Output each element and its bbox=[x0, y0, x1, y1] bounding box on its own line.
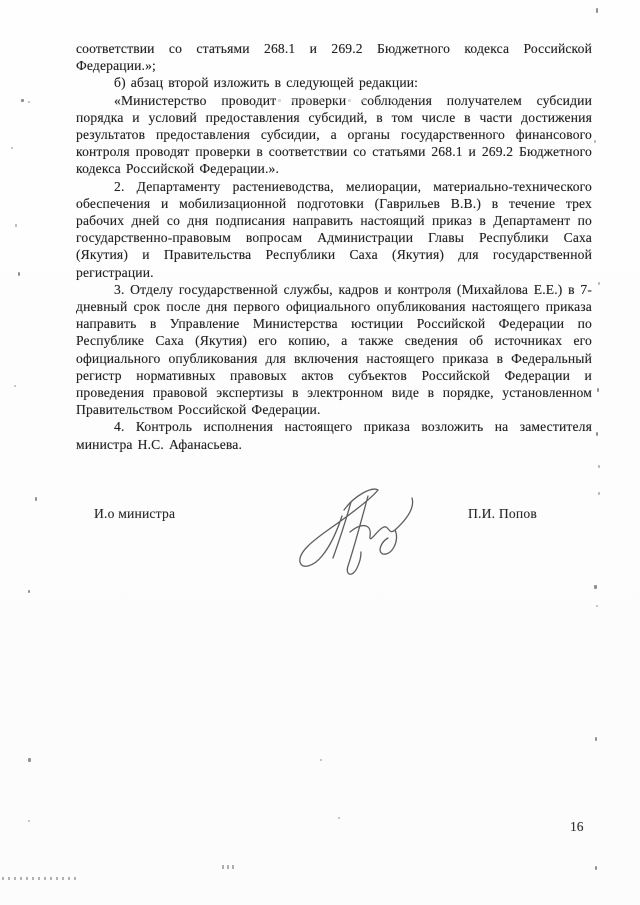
scan-speck bbox=[597, 388, 599, 392]
scanned-document-page: соответствии со статьями 268.1 и 269.2 Б… bbox=[0, 0, 640, 905]
scan-speck bbox=[596, 8, 598, 13]
scan-speck bbox=[18, 272, 20, 276]
scan-speck bbox=[595, 737, 597, 741]
scan-speck bbox=[28, 758, 31, 762]
scan-speck bbox=[15, 224, 17, 227]
scan-speck bbox=[28, 101, 30, 103]
scan-speck bbox=[35, 497, 37, 501]
paragraph: 2. Департаменту растениеводства, мелиора… bbox=[76, 178, 592, 281]
scan-artifact bbox=[2, 877, 80, 880]
scan-speck bbox=[338, 817, 340, 819]
scan-speck bbox=[598, 465, 600, 468]
paragraph: 4. Контроль исполнения настоящего приказ… bbox=[76, 418, 592, 452]
scan-speck bbox=[28, 820, 30, 822]
scan-speck bbox=[14, 385, 16, 387]
scan-speck bbox=[28, 590, 30, 593]
scan-speck bbox=[598, 282, 600, 285]
scan-speck bbox=[594, 140, 596, 143]
scan-speck bbox=[594, 585, 597, 589]
scan-speck bbox=[596, 605, 598, 607]
signer-role: И.о министра bbox=[94, 506, 175, 522]
scan-speck bbox=[595, 866, 597, 870]
scan-speck bbox=[21, 99, 24, 102]
signature-scribble bbox=[288, 470, 433, 585]
paragraph: 3. Отделу государственной службы, кадров… bbox=[76, 281, 592, 419]
scan-speck bbox=[320, 759, 322, 761]
scan-speck bbox=[596, 432, 598, 436]
scan-artifact bbox=[278, 99, 428, 102]
signature-block: И.о министра П.И. Попов bbox=[76, 468, 592, 588]
paragraph: «Министерство проводит проверки соблюден… bbox=[76, 92, 592, 178]
scan-speck bbox=[11, 147, 13, 149]
signer-name: П.И. Попов bbox=[468, 506, 537, 522]
scan-artifact bbox=[222, 865, 236, 869]
paragraph: соответствии со статьями 268.1 и 269.2 Б… bbox=[76, 40, 592, 74]
scan-speck bbox=[598, 492, 600, 495]
page-number: 16 bbox=[570, 819, 584, 835]
paragraph: б) абзац второй изложить в следующей ред… bbox=[76, 74, 592, 91]
